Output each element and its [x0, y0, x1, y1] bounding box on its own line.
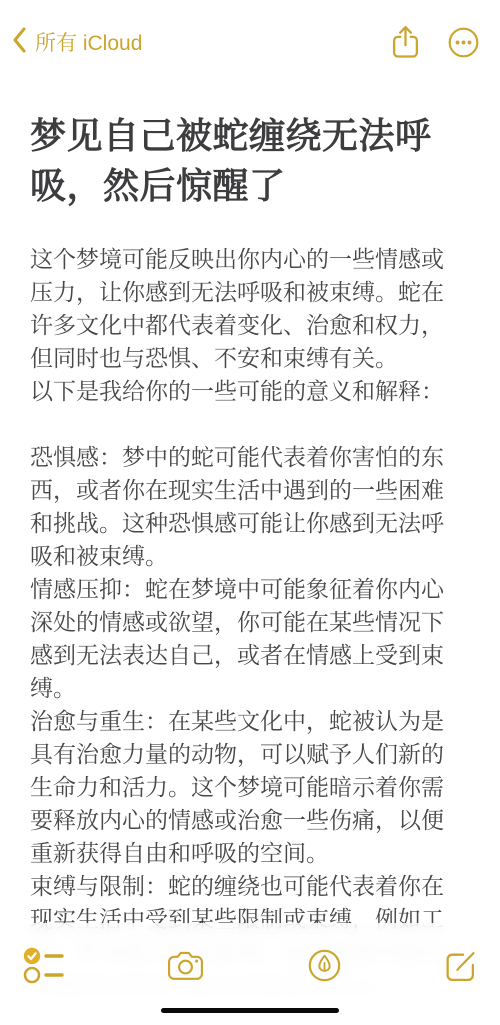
compose-icon: [443, 971, 478, 986]
back-label: 所有 iCloud: [35, 27, 142, 57]
note-title: 梦见自己被蛇缠绕无法呼吸，然后惊醒了: [30, 111, 454, 211]
share-icon: [390, 48, 421, 63]
note-paragraph: 情感压抑：蛇在梦境中可能象征着你内心深处的情感或欲望，你可能在某些情况下感到无法…: [30, 573, 454, 705]
pen-tip-circle-icon: [306, 972, 343, 987]
note-paragraph: 这个梦境可能反映出你内心的一些情感或压力，让你感到无法呼吸和被束缚。蛇在许多文化…: [30, 243, 454, 375]
chevron-left-icon: [12, 27, 26, 58]
notes-app-screen: 所有 iCloud: [0, 0, 500, 1025]
nav-bar: 所有 iCloud: [0, 18, 500, 66]
toolbar-icons-row: [0, 923, 500, 985]
bottom-toolbar: [0, 923, 500, 1025]
camera-icon: [166, 969, 205, 984]
nav-actions: [390, 24, 480, 60]
checklist-button[interactable]: [22, 945, 66, 985]
ellipsis-circle-icon: [447, 47, 480, 62]
note-paragraph: 治愈与重生：在某些文化中，蛇被认为是具有治愈力量的动物，可以赋予人们新的生命力和…: [30, 705, 454, 870]
markup-button[interactable]: [306, 947, 343, 984]
home-indicator[interactable]: [161, 1008, 339, 1013]
camera-button[interactable]: [166, 950, 205, 981]
share-button[interactable]: [390, 24, 421, 60]
compose-button[interactable]: [443, 948, 478, 983]
checklist-icon: [22, 973, 66, 988]
paragraph-spacer: [30, 408, 454, 441]
back-button[interactable]: 所有 iCloud: [12, 27, 142, 58]
note-paragraph: 以下是我给你的一些可能的意义和解释：: [30, 375, 454, 408]
note-editor[interactable]: 梦见自己被蛇缠绕无法呼吸，然后惊醒了 这个梦境可能反映出你内心的一些情感或压力，…: [30, 111, 454, 1002]
more-button[interactable]: [447, 26, 480, 59]
note-paragraph: 恐惧感：梦中的蛇可能代表着你害怕的东西，或者你在现实生活中遇到的一些困难和挑战。…: [30, 441, 454, 573]
